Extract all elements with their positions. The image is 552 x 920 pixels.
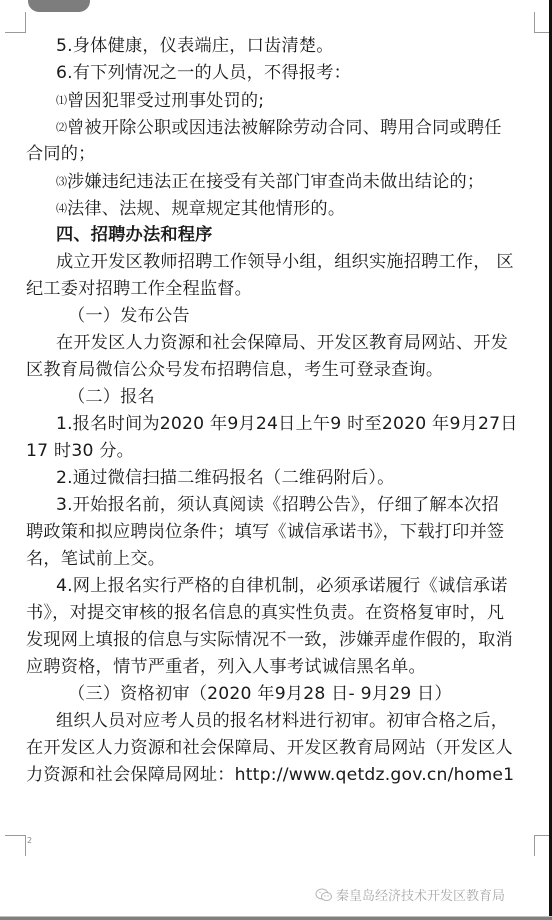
list-marker: ⑷ xyxy=(56,202,67,215)
doc-line: 书》，对提交审核的报名信息的真实性负责。在资格复审时，凡 xyxy=(26,600,506,627)
floating-control-pill[interactable] xyxy=(28,0,90,12)
doc-line: 4.网上报名实行严格的自律机制，必须承诺履行《诚信承诺 xyxy=(26,573,506,600)
doc-line: 应聘资格，情节严重者，列入人事考试诚信黑名单。 xyxy=(26,654,506,681)
doc-line: 3.开始报名前，须认真阅读《招聘公告》，仔细了解本次招 xyxy=(26,492,506,519)
crop-mark-bottom-left xyxy=(5,835,26,856)
document-body: 5.身体健康，仪表端庄，口齿清楚。 6.有下列情况之一的人员，不得报考： ⑴曾因… xyxy=(26,33,506,789)
doc-line: 发现网上填报的信息与实际情况不一致，涉嫌弄虚作假的，取消 xyxy=(26,627,506,654)
page-number: 2 xyxy=(27,836,32,845)
watermark-text: 秦皇岛经济技术开发区教育局 xyxy=(336,885,505,904)
doc-line: ⑵曾被开除公职或因违法被解除劳动合同、聘用合同或聘任 xyxy=(26,114,506,141)
list-marker: ⑴ xyxy=(56,94,67,107)
doc-line: 名，笔试前上交。 xyxy=(26,546,506,573)
doc-line: 区教育局微信公众号发布招聘信息，考生可登录查询。 xyxy=(26,357,506,384)
bottom-bar xyxy=(0,916,552,920)
subsection-heading: （二）报名 xyxy=(26,384,506,411)
doc-line: 纪工委对招聘工作全程监督。 xyxy=(26,276,506,303)
doc-line: 1.报名时间为2020 年9月24日上午9 时至2020 年9月27日 xyxy=(26,411,506,438)
list-marker: ⑵ xyxy=(56,121,67,134)
section-heading: 四、招聘办法和程序 xyxy=(26,222,506,249)
doc-line: 在开发区人力资源和社会保障局、开发区教育局网站（开发区人 xyxy=(26,735,506,762)
doc-line: ⑴曾因犯罪受过刑事处罚的; xyxy=(26,87,506,114)
wechat-icon xyxy=(315,888,333,902)
doc-line: ⑷法律、法规、规章规定其他情形的。 xyxy=(26,195,506,222)
subsection-heading: （一）发布公告 xyxy=(26,303,506,330)
doc-line: 在开发区人力资源和社会保障局、开发区教育局网站、开发 xyxy=(26,330,506,357)
doc-line: 力资源和社会保障局网址：http://www.qetdz.gov.cn/home… xyxy=(26,762,506,789)
crop-mark-top-left xyxy=(5,12,26,33)
doc-line: 5.身体健康，仪表端庄，口齿清楚。 xyxy=(26,33,506,60)
doc-line: 成立开发区教师招聘工作领导小组，组织实施招聘工作， 区 xyxy=(26,249,506,276)
doc-line: 2.通过微信扫描二维码报名（二维码附后）。 xyxy=(26,465,506,492)
doc-line: 17 时30 分。 xyxy=(26,438,506,465)
subsection-heading: （三）资格初审（2020 年9月28 日- 9月29 日） xyxy=(26,681,506,708)
wechat-watermark: 秦皇岛经济技术开发区教育局 xyxy=(315,885,505,904)
doc-line: 组织人员对应考人员的报名材料进行初审。初审合格之后， xyxy=(26,708,506,735)
doc-line: 6.有下列情况之一的人员，不得报考： xyxy=(26,60,506,87)
doc-line: ⑶涉嫌违纪违法正在接受有关部门审查尚未做出结论的； xyxy=(26,168,506,195)
doc-line: 聘政策和拟应聘岗位条件；填写《诚信承诺书》，下载打印并签 xyxy=(26,519,506,546)
list-marker: ⑶ xyxy=(56,175,67,188)
doc-line: 合同的； xyxy=(26,141,506,168)
